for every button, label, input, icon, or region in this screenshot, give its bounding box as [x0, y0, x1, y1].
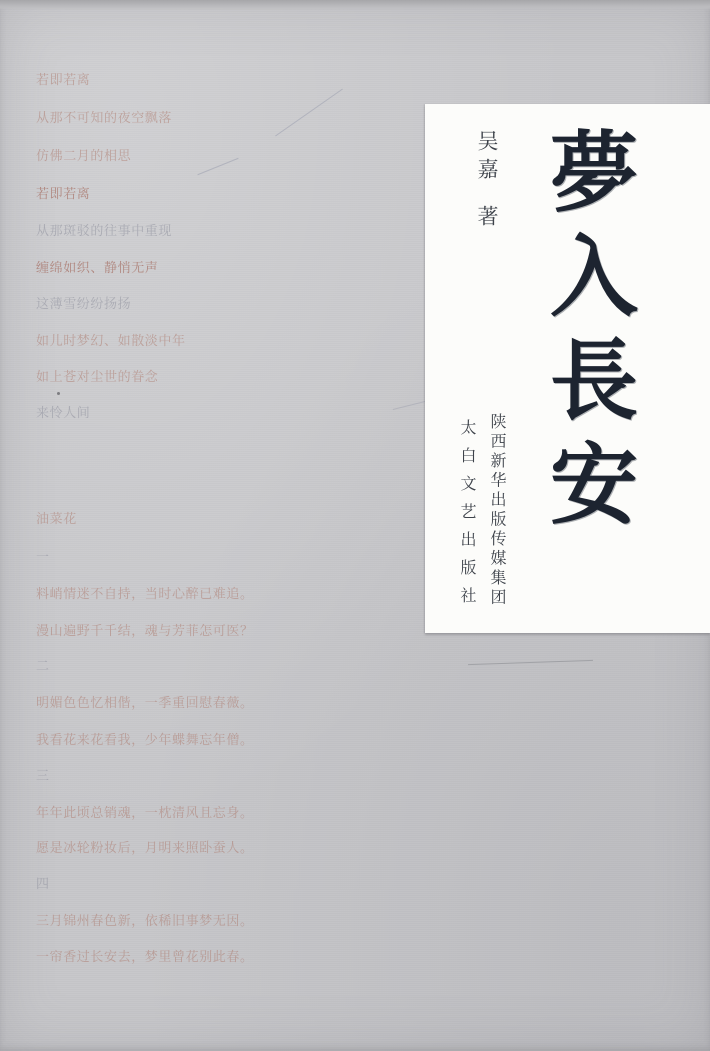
- faint-poem-line: 三月锦州春色新，依稀旧事梦无因。: [36, 913, 254, 928]
- author-name: 吴嘉: [472, 130, 502, 186]
- faint-poem-line: 漫山遍野千千结，魂与芳菲怎可医？: [36, 623, 254, 638]
- faint-poem-line: 料峭情迷不自持，当时心醉已难追。: [36, 586, 254, 601]
- faint-poem-line: 我看花来花看我，少年蝶舞忘年僧。: [36, 732, 254, 747]
- faint-poem-line: 如儿时梦幻、如散淡中年: [36, 333, 186, 348]
- faint-poem-line: 如上苍对尘世的眷念: [36, 369, 158, 384]
- faint-poem-line: 二: [36, 658, 50, 673]
- dust-speck: [57, 392, 60, 395]
- faint-poem-line: 油菜花: [36, 511, 77, 526]
- faint-poem-line: 仿佛二月的相思: [36, 148, 131, 163]
- book-cover-photo: 若即若离从那不可知的夜空飘落仿佛二月的相思若即若离从那斑驳的往事中重现缠绵如织、…: [0, 0, 710, 1051]
- book-title-calligraphy: 夢入長安: [541, 126, 629, 542]
- faint-poem-line: 三: [36, 768, 50, 783]
- author-suffix: 著: [472, 205, 502, 226]
- faint-poem-line: 若即若离: [36, 186, 90, 201]
- faint-poem-line: 来怜人间: [36, 405, 90, 420]
- faint-poem-line: 年年此顷总销魂，一枕清风且忘身。: [36, 805, 254, 820]
- faint-poem-line: 四: [36, 876, 50, 891]
- faint-poem-line: 明媚色色忆相偕，一季重回慰春薇。: [36, 695, 254, 710]
- faint-poem-line: 从那斑驳的往事中重现: [36, 223, 172, 238]
- publisher-name: 太白文艺出版社: [455, 419, 478, 615]
- faint-poem-line: 一帘香过长安去，梦里曾花别此春。: [36, 949, 254, 964]
- title-panel: 吴嘉 著 夢入長安 陕西新华出版传媒集团 太白文艺出版社: [425, 104, 710, 633]
- faint-poem-line: 这薄雪纷纷扬扬: [36, 296, 131, 311]
- publisher-group: 陕西新华出版传媒集团: [485, 413, 508, 608]
- faint-poem-line: 一: [36, 549, 50, 564]
- faint-poem-line: 从那不可知的夜空飘落: [36, 110, 172, 125]
- faint-poem-line: 若即若离: [36, 72, 90, 87]
- faint-poem-line: 愿是冰轮粉妆后，月明来照卧蚕人。: [36, 840, 254, 855]
- faint-poem-line: 缠绵如织、静悄无声: [36, 260, 158, 275]
